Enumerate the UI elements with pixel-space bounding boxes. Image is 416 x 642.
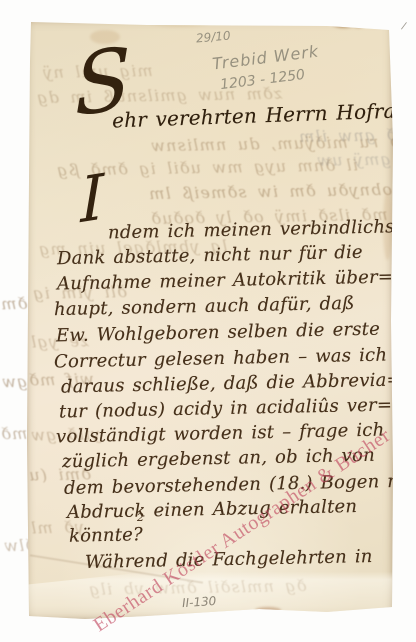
manuscript-sheet: mig uml nÿ zðm nuw gmilsnuß im dg ub ru …	[27, 21, 393, 619]
pencil-inventory-number: II-130	[182, 594, 217, 610]
letter-line: Correctur gelesen haben – was ich	[54, 345, 388, 373]
letter-line: könnte?	[69, 524, 143, 547]
foxing-spot	[352, 20, 365, 28]
letter-line: Ew. Wohlgeboren selben die erste	[56, 319, 380, 347]
letter-line: daraus schließe, daß die Abbrevia=	[61, 369, 402, 397]
bleedthrough-fragment: ðl gmÿ uw	[316, 149, 416, 170]
letter-line: vollständigt worden ist – frage ich	[56, 420, 385, 448]
letter-scan: ylðm ðgw ymð ðlw mig uml nÿ zðm nuw gmil…	[0, 0, 416, 642]
footnote-mark: 2	[137, 511, 144, 524]
letter-line: tur (nodus) acidy in acidaliûs ver=	[59, 395, 393, 423]
foxing-spot	[150, 18, 210, 27]
pencil-number: 29/10	[195, 29, 231, 46]
letter-line: dem bevorstehenden (18.) Bogen nach	[64, 470, 416, 499]
initial-i-flourish: I	[80, 166, 105, 232]
letter-line: Abdruck einen Abzug erhalten	[67, 496, 358, 523]
corner-pencil-mark: /	[400, 21, 407, 32]
foxing-spot	[330, 15, 358, 28]
bleedthrough-fragment: obnyðu ðm iw sðmeiß lm	[148, 180, 392, 203]
letter-line: Aufnahme meiner Autokritik über=	[57, 266, 393, 294]
bleedthrough-fragment: mlð gnw ilm	[298, 125, 416, 146]
